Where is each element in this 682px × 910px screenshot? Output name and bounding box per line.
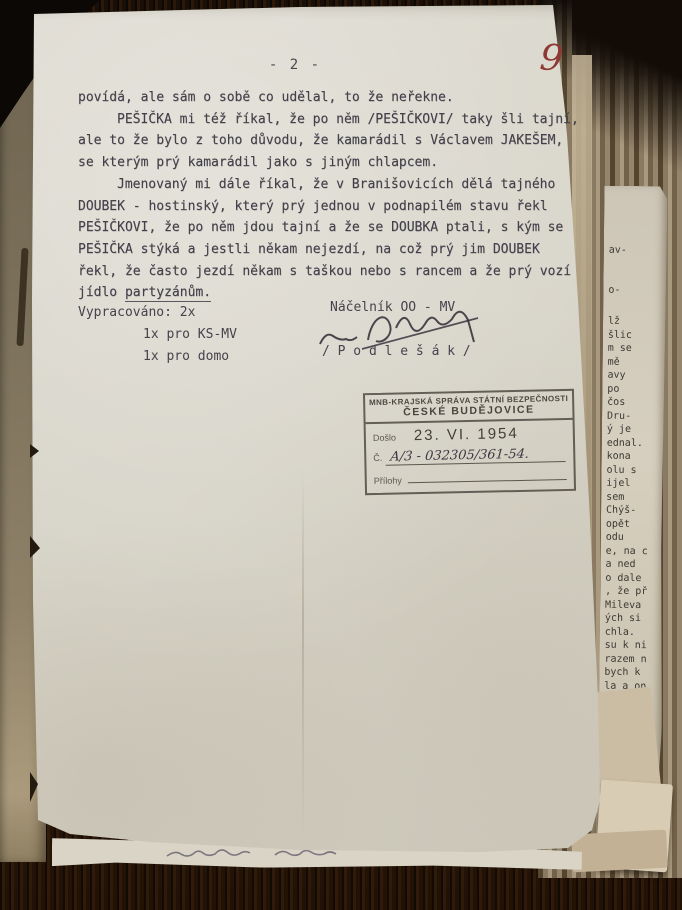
typed-line: DOUBEK - hostinský, který prý jednou v p… [78, 196, 578, 218]
cutoff-text-fragment: ých si [600, 612, 663, 626]
cutoff-text-fragment: o dale [600, 571, 663, 585]
cutoff-text-fragment: Mileva [600, 598, 663, 612]
stamp-received-label: Došlo [373, 433, 396, 443]
typed-line: PEŠIČKA mi též říkal, že po něm /PEŠIČKO… [78, 109, 578, 131]
cutoff-text-fragment: opět [601, 517, 664, 531]
distribution-note: Vypracováno: 2x 1x pro KS-MV1x pro domo [78, 302, 237, 368]
distribution-label: Vypracováno: 2x [78, 302, 237, 324]
cutoff-text-fragment: ednal. [602, 436, 665, 450]
stamp-header: MNB-KRAJSKÁ SPRÁVA STÁTNÍ BEZPEČNOSTI ČE… [365, 391, 573, 424]
cutoff-text-fragment: av- [604, 244, 667, 258]
typed-line: povídá, ale sám o sobě co udělal, to že … [78, 87, 578, 109]
stamp-attachments-blank-line [408, 467, 567, 483]
typewritten-text-block: povídá, ale sám o sobě co udělal, to že … [78, 87, 578, 304]
cutoff-text-fragment: ý je [602, 423, 665, 437]
cutoff-text-fragment: olu s [601, 463, 664, 477]
registry-stamp: MNB-KRAJSKÁ SPRÁVA STÁTNÍ BEZPEČNOSTI ČE… [363, 389, 576, 495]
stamp-received-date: 23. VI. 1954 [414, 425, 519, 444]
cutoff-text-fragment: lž [603, 315, 666, 329]
cutoff-text-fragment: odu [601, 531, 664, 545]
archival-photo-scene: av-o-lžšlicm seměavypočosDru-ý jeednal.k… [0, 0, 682, 910]
typed-line: ale to že bylo z toho důvodu, že kamarád… [78, 130, 578, 152]
cutoff-text-fragment: Chýš- [601, 504, 664, 518]
cutoff-text-fragment: šlic [603, 328, 666, 342]
stamp-number-value: A/3 - 032305/361-54. [386, 446, 567, 466]
cutoff-text-fragment: razem n [599, 652, 662, 666]
typed-line: řekl, že často jezdí někam s taškou nebo… [78, 261, 578, 283]
underlined-word: partyzánům. [125, 285, 211, 302]
stamp-attachments-label: Přílohy [374, 475, 402, 486]
distribution-copy: 1x pro KS-MV [78, 324, 237, 346]
cutoff-text-fragment: sem [601, 490, 664, 504]
cutoff-text-fragment: ijel [601, 477, 664, 491]
cutoff-text-fragment: m se [603, 342, 666, 356]
cutoff-text-fragment: e, na c [601, 544, 664, 558]
paper-crease [302, 470, 304, 840]
stamp-number-label: Č. [373, 453, 382, 463]
typed-line: Jmenovaný mi dále říkal, že v Branišovic… [78, 174, 578, 196]
cutoff-text-fragment: a ned [600, 558, 663, 572]
typed-line: PEŠIČKA stýká a jestli někam nejezdí, na… [78, 239, 578, 261]
distribution-copies: 1x pro KS-MV1x pro domo [78, 324, 237, 368]
cutoff-text-fragment: Dru- [602, 409, 665, 423]
cutoff-text-fragment: kona [602, 450, 665, 464]
signer-name: / P o d l e š á k / [322, 344, 471, 359]
cutoff-text-fragment: mě [603, 355, 666, 369]
typed-line: jídlo partyzánům. [78, 282, 578, 304]
typed-line: PEŠIČKOVI, že po něm jdou tajní a že se … [78, 217, 578, 239]
distribution-copy: 1x pro domo [78, 346, 237, 368]
handwritten-folio-number: 9 [538, 37, 564, 80]
page-number-header: - 2 - [35, 57, 555, 73]
cutoff-text-fragment: su k ni [600, 639, 663, 653]
cutoff-text-fragment: chla. [600, 625, 663, 639]
cutoff-text-fragment: avy [602, 369, 665, 383]
frayed-page-edge [571, 830, 668, 873]
cutoff-text-fragment: , že př [600, 585, 663, 599]
typed-line: se kterým prý kamarádil jako s jiným chl… [78, 152, 578, 174]
stamp-body: Došlo 23. VI. 1954 Č. A/3 - 032305/361-5… [366, 420, 574, 493]
cutoff-text-fragment: bych k [599, 666, 662, 680]
cutoff-text-fragment: o- [603, 283, 666, 297]
cutoff-text-fragment: po [602, 382, 665, 396]
cutoff-text-fragment: čos [602, 396, 665, 410]
